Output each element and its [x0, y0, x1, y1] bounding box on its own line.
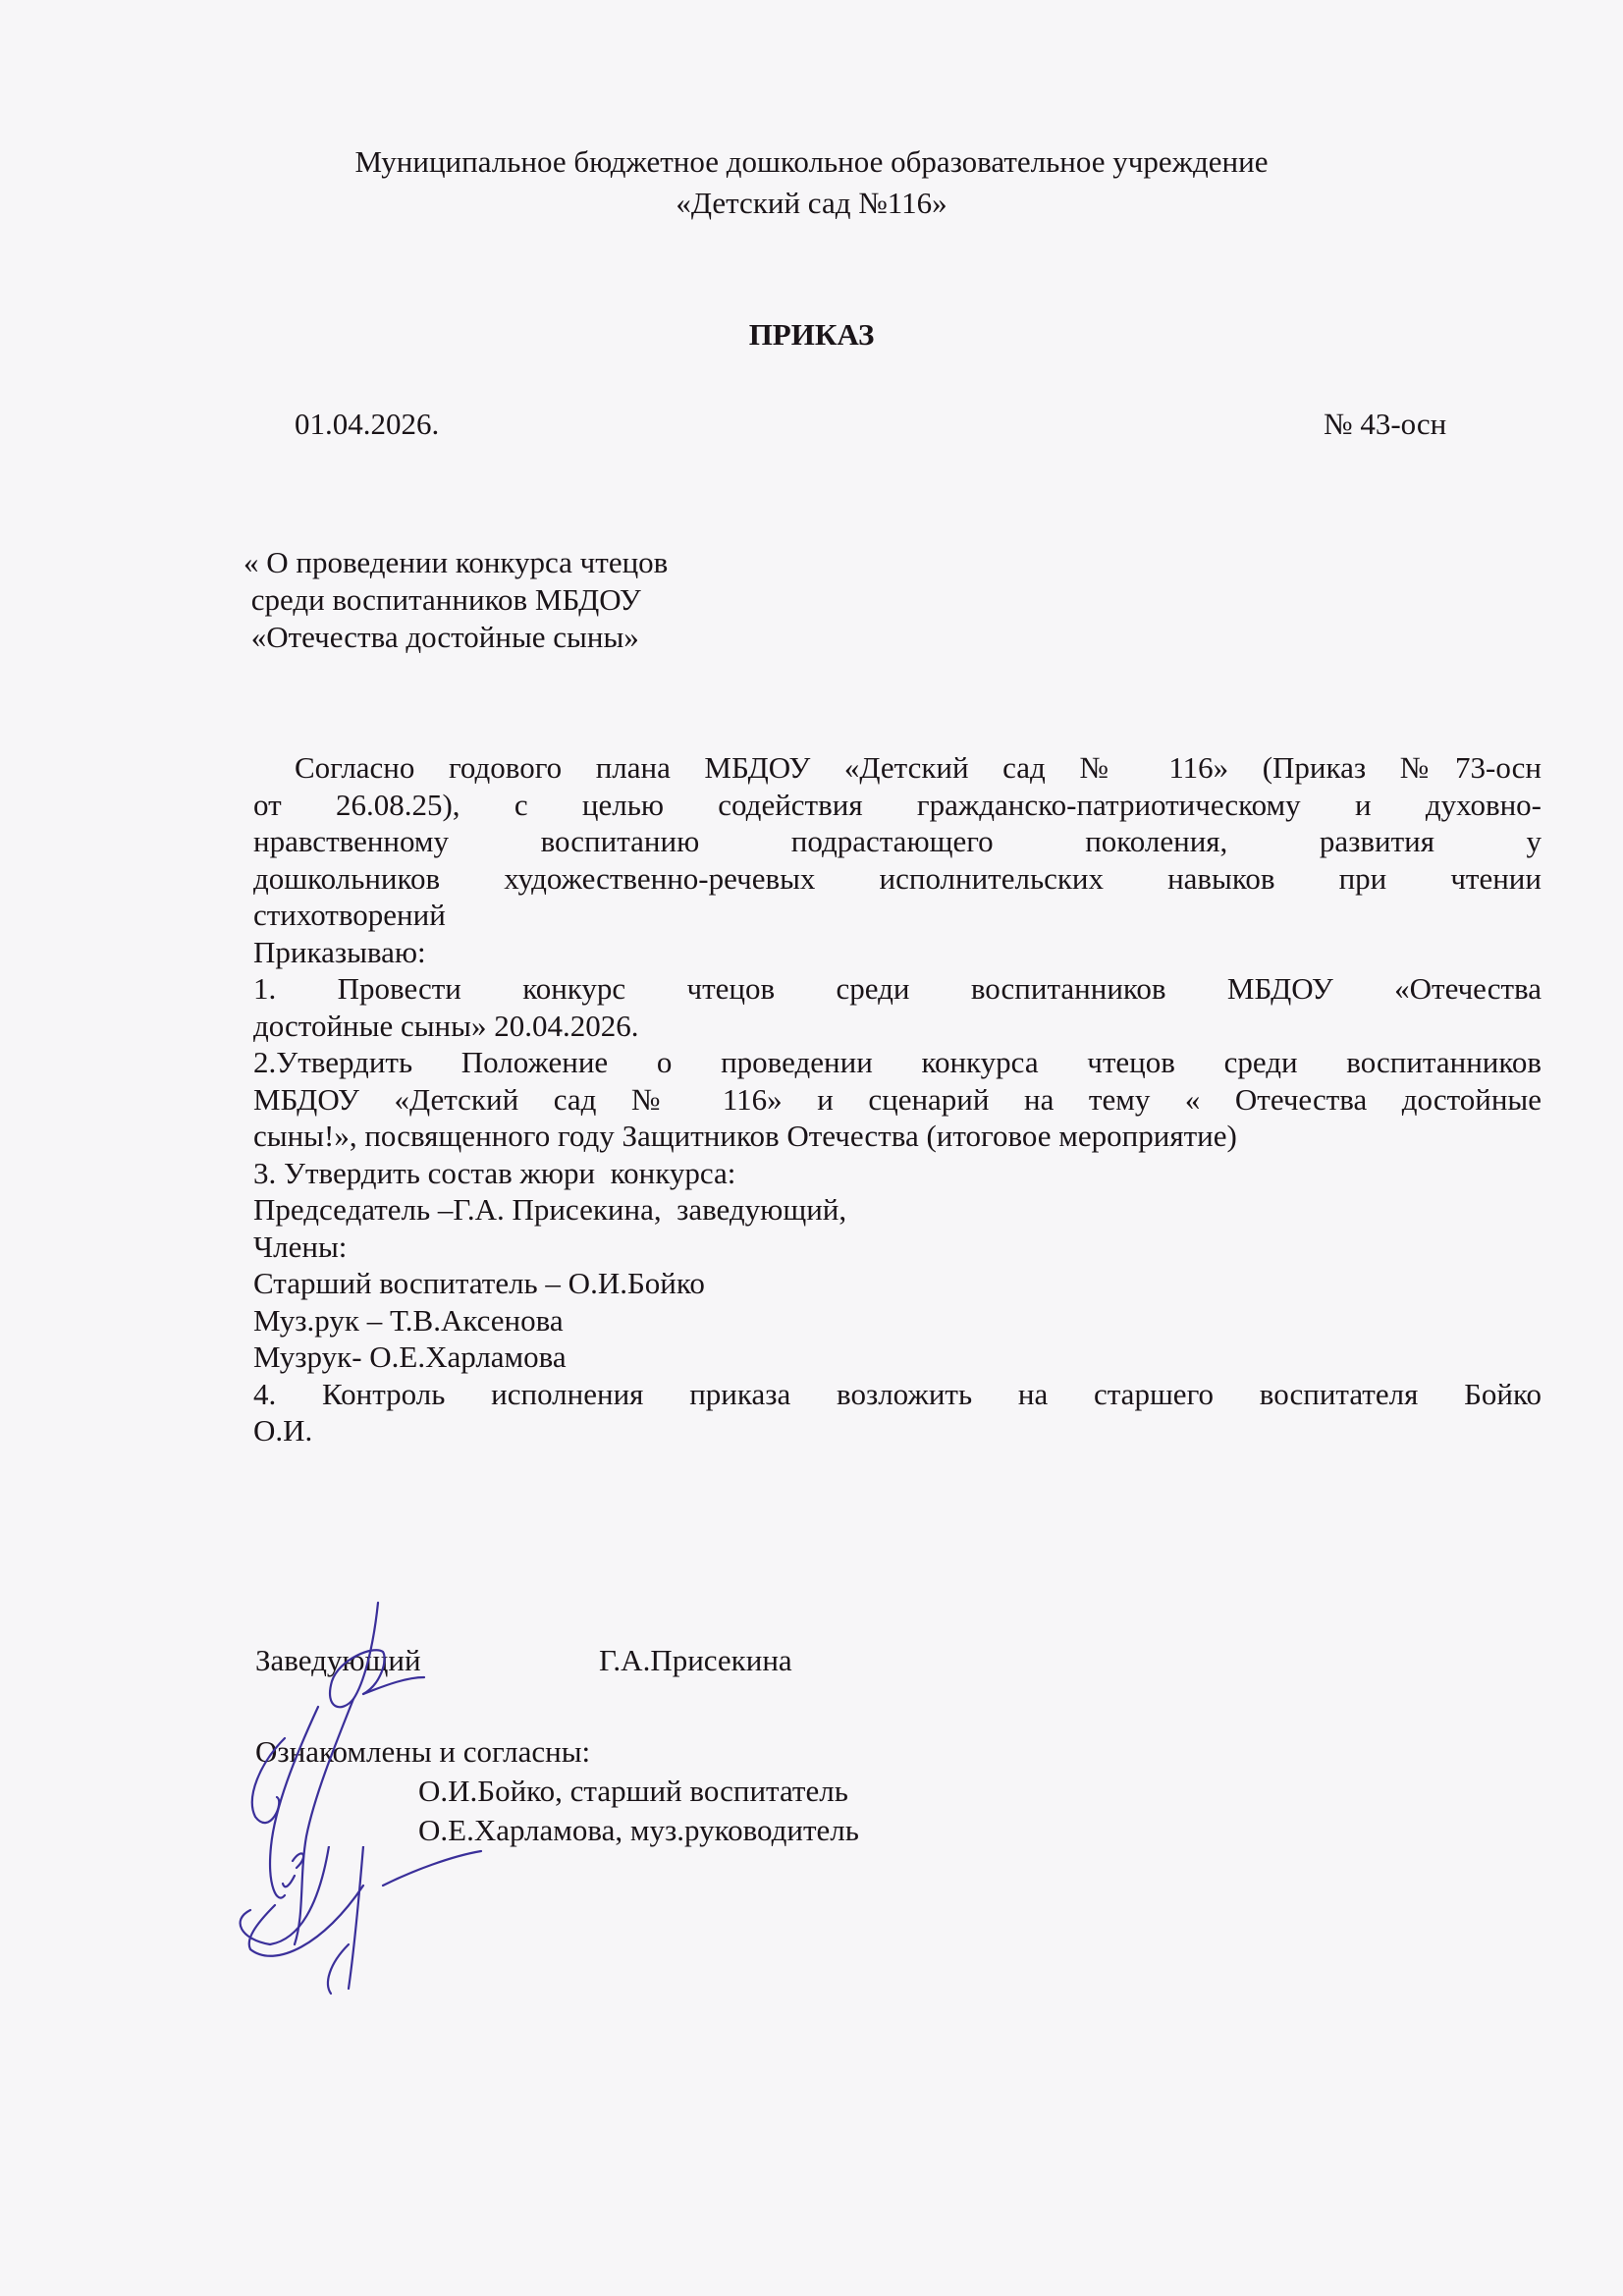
subject-line-1: « О проведении конкурса чтецов [243, 544, 668, 580]
subject-line-2: среди воспитанников МБДОУ [243, 581, 641, 618]
signature-staff-icon [221, 1846, 437, 2062]
order-word: Приказываю: [253, 934, 1542, 971]
organization-short-name: «Детский сад №116» [0, 185, 1623, 221]
organization-name: Муниципальное бюджетное дошкольное образ… [0, 143, 1623, 180]
document-title: ПРИКАЗ [0, 316, 1623, 353]
signature-name: Г.А.Присекина [599, 1642, 792, 1678]
preamble-line: стихотворений [253, 897, 1542, 934]
item-line: 3. Утвердить состав жюри конкурса: [253, 1155, 1542, 1192]
preamble-line: дошкольников художественно-речевых испол… [253, 860, 1542, 898]
item-line: 4. Контроль исполнения приказа возложить… [253, 1376, 1542, 1413]
item-line: О.И. [253, 1412, 1542, 1449]
item-line: достойные сыны» 20.04.2026. [253, 1008, 1542, 1045]
jury-member: Музрук- О.Е.Харламова [253, 1339, 1542, 1376]
jury-member: Муз.рук – Т.В.Аксенова [253, 1302, 1542, 1339]
item-line: сыны!», посвященного году Защитников Оте… [253, 1118, 1542, 1155]
jury-chair: Председатель –Г.А. Присекина, заведующий… [253, 1191, 1542, 1229]
order-number: № 43-осн [1324, 406, 1446, 442]
jury-member: Старший воспитатель – О.И.Бойко [253, 1265, 1542, 1302]
item-line: МБДОУ «Детский сад № 116» и сценарий на … [253, 1081, 1542, 1119]
subject-line-3: «Отечества достойные сыны» [243, 619, 639, 655]
preamble-line: Согласно годового плана МБДОУ «Детский с… [253, 749, 1542, 787]
item-line: 1. Провести конкурс чтецов среди воспита… [253, 970, 1542, 1008]
order-date: 01.04.2026. [295, 406, 439, 442]
preamble-line: от 26.08.25), с целью содействия граждан… [253, 787, 1542, 824]
document-page: Муниципальное бюджетное дошкольное образ… [0, 0, 1623, 2296]
preamble-line: нравственному воспитанию подрастающего п… [253, 823, 1542, 860]
preamble: Согласно годового плана МБДОУ «Детский с… [253, 749, 1542, 1449]
jury-members-label: Члены: [253, 1229, 1542, 1266]
item-line: 2.Утвердить Положение о проведении конку… [253, 1044, 1542, 1081]
